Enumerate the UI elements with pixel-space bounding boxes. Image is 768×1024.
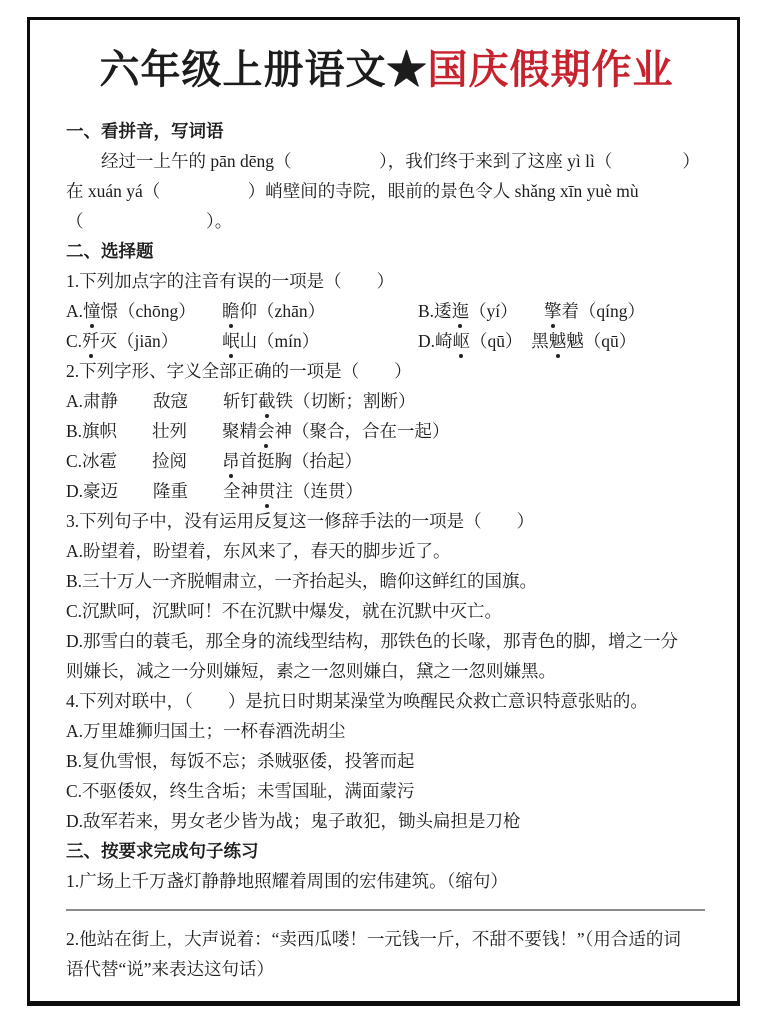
sentence-q2-line-1: 2.他站在街上，大声说着：“卖西瓜喽！一元钱一斤，不甜不要钱！”（用合适的词 bbox=[66, 924, 707, 954]
q1-option-b: B.逶迤（yí） 擎着（qíng） bbox=[418, 296, 645, 326]
q2-stem: 2.下列字形、字义全部正确的一项是（ ） bbox=[66, 356, 707, 386]
q3-option-b: B.三十万人一齐脱帽肃立，一齐抬起头，瞻仰这鲜红的国旗。 bbox=[66, 566, 707, 596]
pinyin-paragraph-line-3: （ ）。 bbox=[66, 206, 707, 236]
q1-option-c: C.歼灭（jiān） 岷山（mín） bbox=[66, 326, 418, 356]
q4-option-d: D.敌军若来，男女老少皆为战；鬼子敢犯，锄头扁担是刀枪 bbox=[66, 806, 707, 836]
q3-option-a: A.盼望着，盼望着，东风来了，春天的脚步近了。 bbox=[66, 536, 707, 566]
q2-option-b: B.旗帜 壮列 聚精会神（聚合，合在一起） bbox=[66, 416, 707, 446]
q3-stem: 3.下列句子中，没有运用反复这一修辞手法的一项是（ ） bbox=[66, 506, 707, 536]
q1-option-a: A.憧憬（chōng） 瞻仰（zhān） bbox=[66, 296, 418, 326]
pinyin-paragraph-line-1: 经过一上午的 pān dēng（ ），我们终于来到了这座 yì lì（ ） bbox=[66, 146, 707, 176]
q4-option-c: C.不驱倭奴，终生含垢；未雪国耻，满面蒙污 bbox=[66, 776, 707, 806]
section-choice-heading: 二、选择题 bbox=[66, 236, 707, 266]
pinyin-paragraph-line-2: 在 xuán yá（ ）峭壁间的寺院，眼前的景色令人 shǎng xīn yuè… bbox=[66, 176, 707, 206]
q4-option-b: B.复仇雪恨，每饭不忘；杀贼驱倭，投箸而起 bbox=[66, 746, 707, 776]
title-red-part: 国庆假期作业 bbox=[428, 47, 674, 92]
q1-options-row-1: A.憧憬（chōng） 瞻仰（zhān） B.逶迤（yí） 擎着（qíng） bbox=[66, 296, 707, 326]
q4-stem: 4.下列对联中，（ ）是抗日时期某澡堂为唤醒民众救亡意识特意张贴的。 bbox=[66, 686, 707, 716]
page-title: 六年级上册语文★国庆假期作业 bbox=[66, 40, 707, 100]
worksheet-page: 六年级上册语文★国庆假期作业 一、看拼音，写词语 经过一上午的 pān dēng… bbox=[27, 17, 740, 1006]
title-black-part: 六年级上册语文★ bbox=[100, 47, 428, 92]
q2-option-a: A.肃静 敌寇 斩钉截铁（切断；割断） bbox=[66, 386, 707, 416]
q2-option-c: C.冰雹 捡阅 昂首挺胸（抬起） bbox=[66, 446, 707, 476]
sentence-q1: 1.广场上千万盏灯静静地照耀着周围的宏伟建筑。（缩句） bbox=[66, 866, 707, 896]
q1-option-d: D.崎岖（qū） 黑魆魆（qū） bbox=[418, 326, 636, 356]
q3-option-d-line-2: 则嫌长，减之一分则嫌短，素之一忽则嫌白，黛之一忽则嫌黑。 bbox=[66, 656, 707, 686]
section-pinyin-heading: 一、看拼音，写词语 bbox=[66, 116, 707, 146]
q4-option-a: A.万里雄狮归国土；一杯春酒洗胡尘 bbox=[66, 716, 707, 746]
q3-option-d-line-1: D.那雪白的蓑毛，那全身的流线型结构，那铁色的长喙，那青色的脚，增之一分 bbox=[66, 626, 707, 656]
answer-line-divider bbox=[66, 909, 705, 911]
q1-options-row-2: C.歼灭（jiān） 岷山（mín） D.崎岖（qū） 黑魆魆（qū） bbox=[66, 326, 707, 356]
section-sentence-heading: 三、按要求完成句子练习 bbox=[66, 836, 707, 866]
sentence-q2-line-2: 语代替“说”来表达这句话） bbox=[66, 954, 707, 984]
q1-stem: 1.下列加点字的注音有误的一项是（ ） bbox=[66, 266, 707, 296]
q2-option-d: D.豪迈 隆重 全神贯注（连贯） bbox=[66, 476, 707, 506]
q3-option-c: C.沉默呵，沉默呵！不在沉默中爆发，就在沉默中灭亡。 bbox=[66, 596, 707, 626]
